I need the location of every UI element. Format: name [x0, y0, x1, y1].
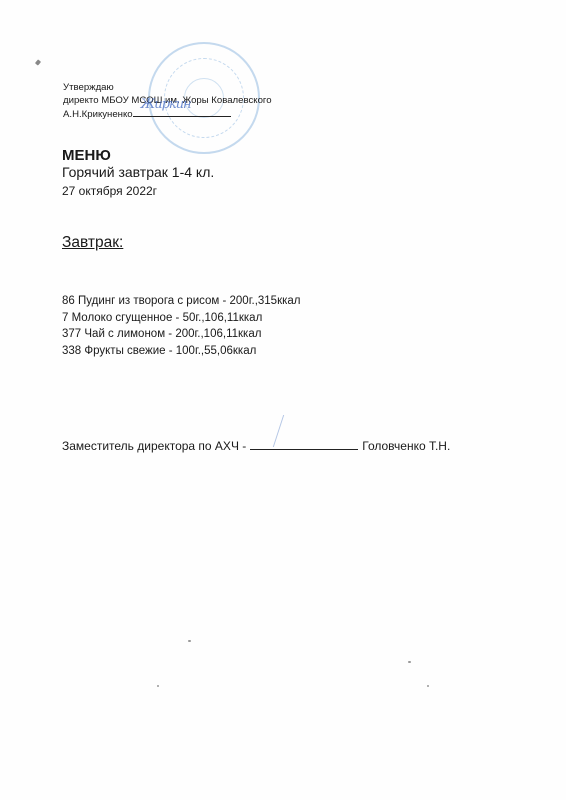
menu-item: 86 Пудинг из творога с рисом - 200г.,315…: [62, 293, 301, 310]
menu-item: 377 Чай с лимоном - 200г.,106,11ккал: [62, 326, 301, 343]
scan-speck: [35, 59, 41, 65]
scan-speck: [427, 685, 429, 687]
menu-items-list: 86 Пудинг из творога с рисом - 200г.,315…: [62, 293, 301, 359]
menu-item: 338 Фрукты свежие - 100г.,55,06ккал: [62, 343, 301, 360]
menu-item: 7 Молоко сгущенное - 50г.,106,11ккал: [62, 310, 301, 327]
footer-signature-block: Заместитель директора по АХЧ -Головченко…: [62, 439, 450, 453]
handwritten-signature: Жиркин: [141, 99, 191, 112]
scan-speck: [188, 640, 191, 642]
scan-speck: [408, 661, 411, 663]
signature-line: Жиркин: [133, 107, 231, 117]
approval-label: Утверждаю: [63, 82, 272, 95]
menu-subtitle: Горячий завтрак 1-4 кл.: [62, 164, 214, 180]
footer-handwritten-signature: [273, 415, 304, 447]
menu-title: МЕНЮ: [62, 147, 111, 164]
document-page: Утверждаю директо МБОУ МСОШ им. Жоры Ков…: [0, 0, 566, 800]
section-title: Завтрак:: [62, 234, 123, 252]
approval-name: А.Н.Крикуненко: [63, 109, 133, 120]
approval-signatory: А.Н.КрикуненкоЖиркин: [63, 107, 272, 122]
footer-position: Заместитель директора по АХЧ -: [62, 439, 246, 453]
footer-signature-line: [250, 439, 358, 450]
scan-speck: [157, 685, 159, 687]
menu-date: 27 октября 2022г: [62, 184, 157, 198]
footer-name: Головченко Т.Н.: [362, 439, 450, 453]
approval-block: Утверждаю директо МБОУ МСОШ им. Жоры Ков…: [63, 82, 272, 122]
